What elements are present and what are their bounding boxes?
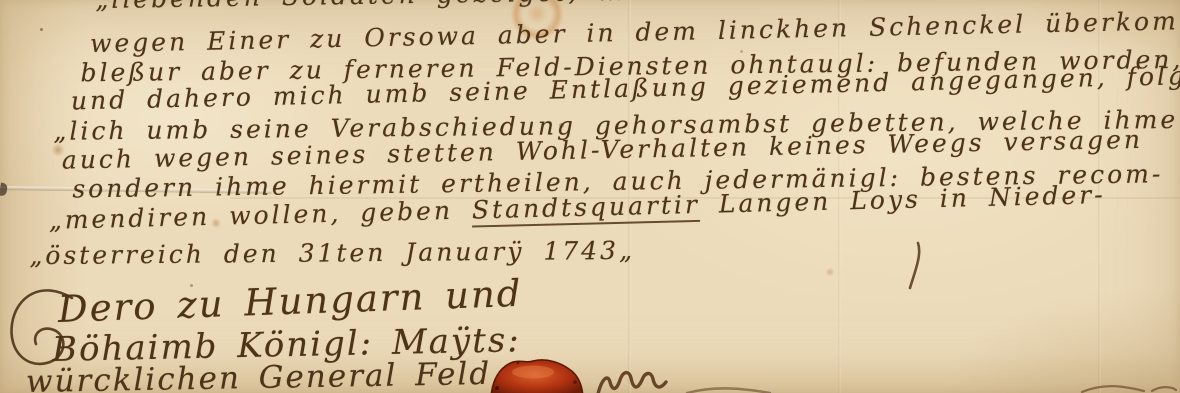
ink-specks: [40, 28, 43, 31]
manuscript-page: „liebenden Soldaten gezeiget, … wegen Ei…: [0, 0, 1180, 393]
pen-stroke: [903, 241, 925, 291]
signature-stroke-fragment: [1078, 378, 1178, 393]
signature-stroke: [592, 368, 852, 393]
manuscript-line-1: „liebenden Soldaten gezeiget, …: [95, 0, 626, 14]
red-wax-seal: [487, 357, 587, 393]
underlined-place-name: Standtsquartir: [472, 190, 701, 228]
manuscript-line-9: „österreich den 31ten Januarÿ 1743„: [29, 237, 635, 270]
